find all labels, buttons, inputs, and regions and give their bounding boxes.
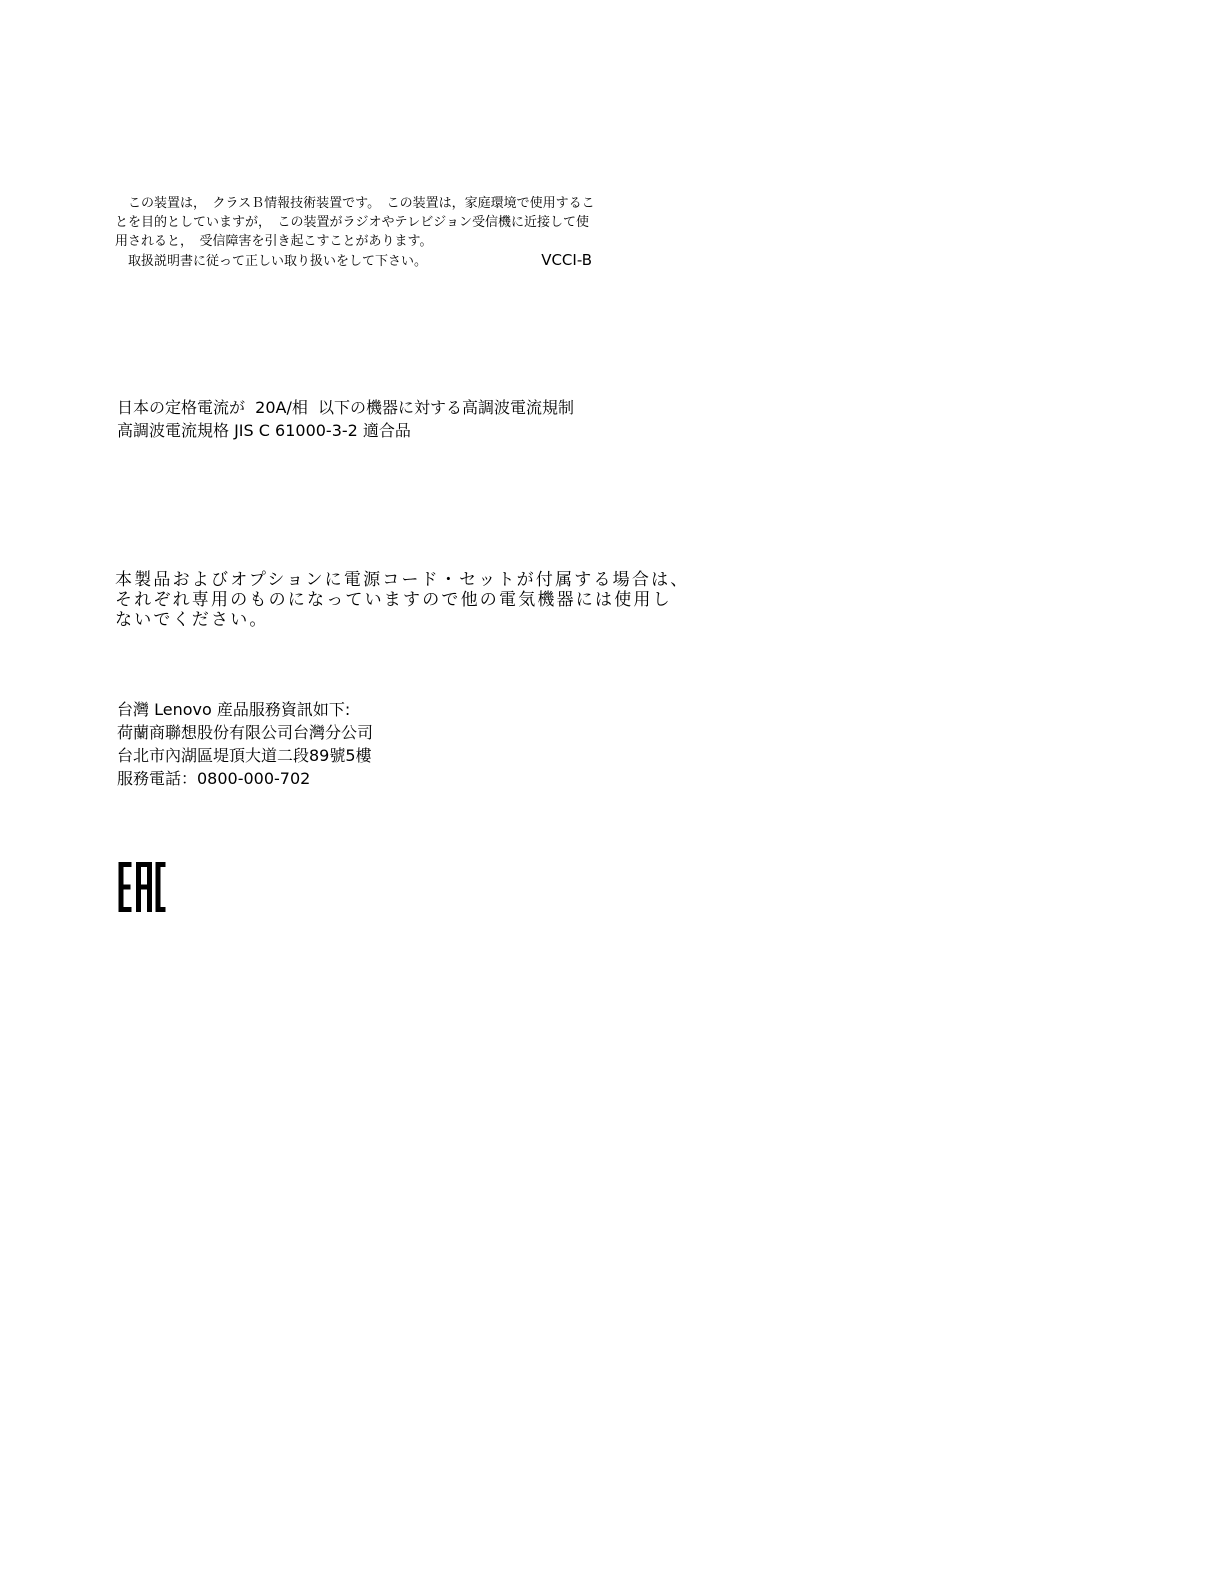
eac-letter-c — [156, 862, 166, 912]
eac-letter-a — [136, 862, 152, 912]
harmonics-statement-line: 高調波電流規格 JIS C 61000-3-2 適合品 — [117, 419, 574, 442]
harmonics-statement-line: 日本の定格電流が 20A/相 以下の機器に対する高調波電流規制 — [117, 396, 574, 419]
vcci-statement-block: この装置は， クラスＢ情報技術装置です。 この装置は，家庭環境で使用するこ とを… — [115, 194, 592, 271]
vcci-statement-line: 取扱説明書に従って正しい取り扱いをして下さい。 — [115, 252, 427, 271]
vcci-class-label: VCCI-B — [541, 251, 592, 270]
power-cord-notice-line: ないでください。 — [115, 610, 689, 630]
taiwan-service-info-line: 台北市內湖區堤頂大道二段89號5樓 — [117, 744, 373, 767]
vcci-statement-line: 用されると， 受信障害を引き起こすことがあります。 — [115, 232, 592, 251]
power-cord-notice-block: 本製品およびオプションに電源コード・セットが付属する場合は、 それぞれ専用のもの… — [115, 570, 689, 630]
taiwan-service-info-line: 服務電話：0800-000-702 — [117, 767, 373, 790]
eac-letter-e — [119, 862, 132, 912]
taiwan-service-info-block: 台灣 Lenovo 産品服務資訊如下: 荷蘭商聯想股份有限公司台灣分公司 台北市… — [117, 698, 373, 790]
taiwan-service-info-line: 荷蘭商聯想股份有限公司台灣分公司 — [117, 721, 373, 744]
vcci-statement-line: この装置は， クラスＢ情報技術装置です。 この装置は，家庭環境で使用するこ — [115, 194, 592, 213]
vcci-statement-last-line: 取扱説明書に従って正しい取り扱いをして下さい。 VCCI-B — [115, 251, 592, 271]
power-cord-notice-line: 本製品およびオプションに電源コード・セットが付属する場合は、 — [115, 570, 689, 590]
taiwan-service-info-line: 台灣 Lenovo 産品服務資訊如下: — [117, 698, 373, 721]
eac-mark-icon — [118, 862, 166, 912]
power-cord-notice-line: それぞれ専用のものになっていますので他の電気機器には使用し — [115, 590, 689, 610]
vcci-statement-line: とを目的としていますが， この装置がラジオやテレビジョン受信機に近接して使 — [115, 213, 592, 232]
harmonics-statement-block: 日本の定格電流が 20A/相 以下の機器に対する高調波電流規制 高調波電流規格 … — [117, 396, 574, 442]
